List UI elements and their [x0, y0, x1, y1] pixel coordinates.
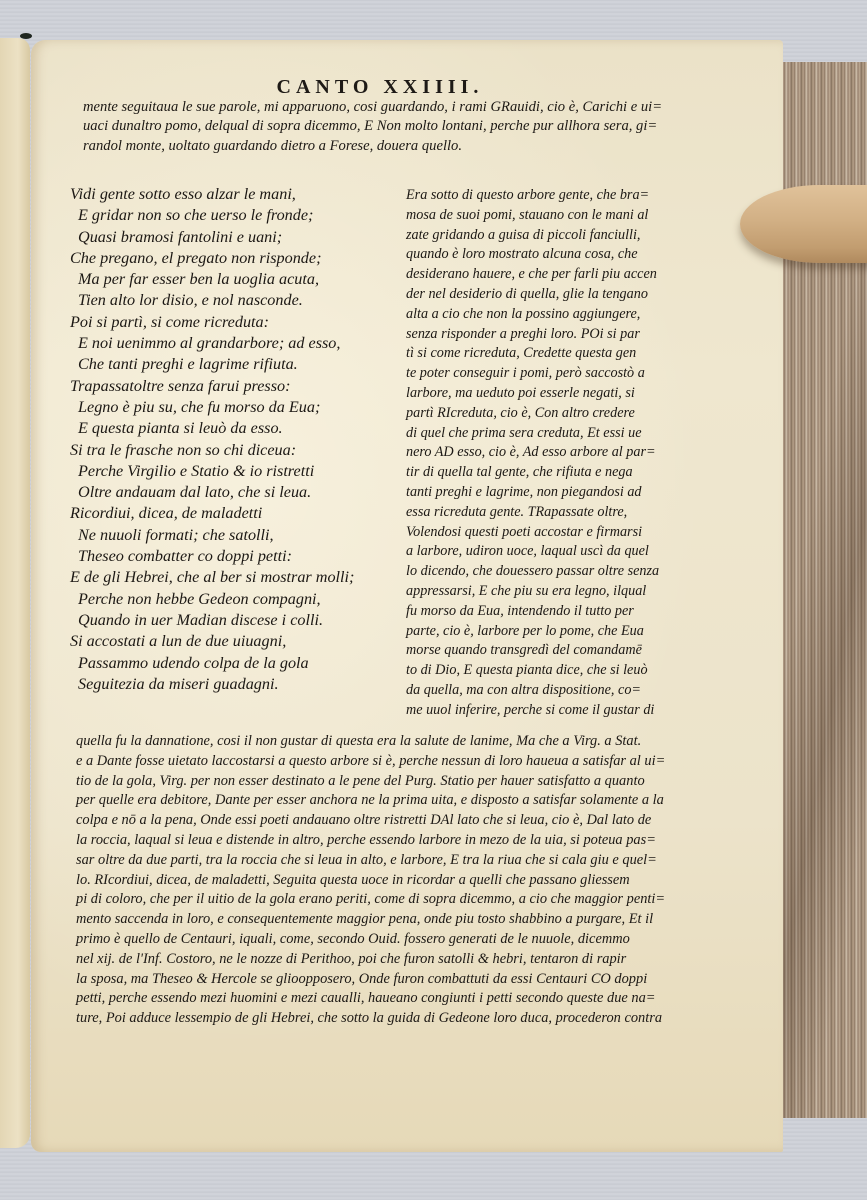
verse-line: Vidi gente sotto esso alzar le mani,	[70, 184, 400, 205]
commentary-line: desiderano hauere, e che per farli piu a…	[406, 265, 656, 285]
commentary-line: mosa de suoi pomi, stauano con le mani a…	[406, 206, 656, 226]
commentary-line: tio de la gola, Virg. per non esser dest…	[76, 772, 658, 792]
commentary-line: te poter conseguir i pomi, però saccostò…	[406, 364, 656, 384]
commentary-line: senza risponder a preghi loro. POi si pa…	[406, 325, 656, 345]
commentary-line: larbore, ma ueduto poi esserle negati, s…	[406, 384, 656, 404]
verse-line: Quando in uer Madian discese i colli.	[70, 610, 400, 631]
commentary-line: quella fu la dannatione, cosi il non gus…	[76, 732, 658, 752]
running-head: CANTO XXIIII.	[230, 76, 530, 99]
verse-line: Passammo udendo colpa de la gola	[70, 653, 400, 674]
verse-line: E gridar non so che uerso le fronde;	[70, 205, 400, 226]
commentary-line: to di Dio, E questa pianta dice, che si …	[406, 661, 656, 681]
text-line: uaci dunaltro pomo, delqual di sopra dic…	[83, 117, 663, 136]
verse-line: Ma per far esser ben la uoglia acuta,	[70, 269, 400, 290]
commentary-line: Era sotto di questo arbore gente, che br…	[406, 186, 656, 206]
commentary-line: tì si come ricreduta, Credette questa ge…	[406, 344, 656, 364]
commentary-column: Era sotto di questo arbore gente, che br…	[406, 186, 656, 721]
verse-line: Che pregano, el pregato non risponde;	[70, 248, 400, 269]
commentary-line: morse quando transgredì del comandamē	[406, 641, 656, 661]
commentary-line: partì RIcreduta, cio è, Con altro creder…	[406, 404, 656, 424]
verse-line: Perche non hebbe Gedeon compagni,	[70, 589, 400, 610]
verse-line: Oltre andauam dal lato, che si leua.	[70, 482, 400, 503]
commentary-line: petti, perche essendo mezi huomini e mez…	[76, 989, 658, 1009]
verse-line: Si accostati a lun de due uiuagni,	[70, 631, 400, 652]
verse-line: Ne nuuoli formati; che satolli,	[70, 525, 400, 546]
verse-line: Poi si partì, si come ricreduta:	[70, 312, 400, 333]
commentary-line: mento saccenda in loro, e consequentemen…	[76, 910, 658, 930]
commentary-line: lo. RIcordiui, dicea, de maladetti, Segu…	[76, 871, 658, 891]
bottom-commentary: quella fu la dannatione, cosi il non gus…	[76, 732, 658, 1029]
intro-commentary: mente seguitaua le sue parole, mi apparu…	[83, 98, 663, 156]
commentary-line: la sposa, ma Theseo & Hercole se glioopp…	[76, 970, 658, 990]
commentary-line: parte, cio è, larbore per lo pome, che E…	[406, 622, 656, 642]
page-text: CANTO XXIIII. mente seguitaua le sue par…	[0, 0, 867, 1200]
commentary-line: sar oltre da due parti, tra la roccia ch…	[76, 851, 658, 871]
commentary-line: nel xij. de l'Inf. Costoro, ne le nozze …	[76, 950, 658, 970]
verse-line: Trapassatoltre senza farui presso:	[70, 376, 400, 397]
commentary-line: la roccia, laqual si leua e distende in …	[76, 831, 658, 851]
commentary-line: nero AD esso, cio è, Ad esso arbore al p…	[406, 443, 656, 463]
commentary-line: der nel desiderio di quella, glie la ten…	[406, 285, 656, 305]
commentary-line: per quelle era debitore, Dante per esser…	[76, 791, 658, 811]
verse-column: Vidi gente sotto esso alzar le mani,E gr…	[70, 184, 400, 695]
verse-line: Che tanti preghi e lagrime rifiuta.	[70, 354, 400, 375]
commentary-line: e a Dante fosse uietato laccostarsi a qu…	[76, 752, 658, 772]
verse-line: Tien alto lor disio, e nol nasconde.	[70, 290, 400, 311]
commentary-line: me uuol inferire, perche si come il gust…	[406, 701, 656, 721]
commentary-line: colpa e nō a la pena, Onde essi poeti an…	[76, 811, 658, 831]
commentary-line: lo dicendo, che douessero passar oltre s…	[406, 562, 656, 582]
commentary-line: pi di coloro, che per il uitio de la gol…	[76, 890, 658, 910]
verse-line: E noi uenimmo al grandarbore; ad esso,	[70, 333, 400, 354]
commentary-line: di quel che prima sera creduta, Et essi …	[406, 424, 656, 444]
commentary-line: fu morso da Eua, intendendo il tutto per	[406, 602, 656, 622]
verse-line: Ricordiui, dicea, de maladetti	[70, 503, 400, 524]
verse-line: Seguitezia da miseri guadagni.	[70, 674, 400, 695]
verse-line: Theseo combatter co doppi petti:	[70, 546, 400, 567]
text-line: mente seguitaua le sue parole, mi apparu…	[83, 98, 663, 117]
verse-line: Quasi bramosi fantolini e uani;	[70, 227, 400, 248]
commentary-line: essa ricreduta gente. TRapassate oltre,	[406, 503, 656, 523]
commentary-line: tanti preghi e lagrime, non piegandosi a…	[406, 483, 656, 503]
commentary-line: appressarsi, E che piu su era legno, ilq…	[406, 582, 656, 602]
verse-line: E de gli Hebrei, che al ber si mostrar m…	[70, 567, 400, 588]
commentary-line: primo è quello de Centauri, iquali, come…	[76, 930, 658, 950]
commentary-line: Volendosi questi poeti accostar e firmar…	[406, 523, 656, 543]
commentary-line: ture, Poi adduce lessempio de gli Hebrei…	[76, 1009, 658, 1029]
text-line: randol monte, uoltato guardando dietro a…	[83, 137, 663, 156]
commentary-line: zate gridando a guisa di piccoli fanciul…	[406, 226, 656, 246]
verse-line: Legno è piu su, che fu morso da Eua;	[70, 397, 400, 418]
verse-line: Si tra le frasche non so chi diceua:	[70, 440, 400, 461]
commentary-line: da quella, ma con altra dispositione, co…	[406, 681, 656, 701]
commentary-line: tir di quella tal gente, che rifiuta e n…	[406, 463, 656, 483]
commentary-line: a larbore, udiron uoce, laqual uscì da q…	[406, 542, 656, 562]
commentary-line: alta a cio che non la possino aggiungere…	[406, 305, 656, 325]
verse-line: Perche Virgilio e Statio & io ristretti	[70, 461, 400, 482]
commentary-line: quando è loro mostrato alcuna cosa, che	[406, 245, 656, 265]
verse-line: E questa pianta si leuò da esso.	[70, 418, 400, 439]
